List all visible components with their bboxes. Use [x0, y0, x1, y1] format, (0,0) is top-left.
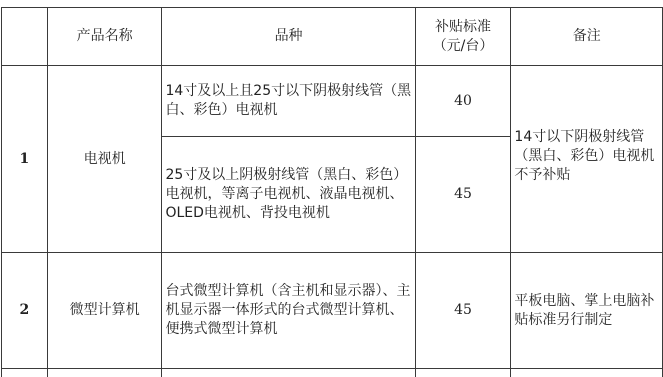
subsidy-cell: 40 [415, 66, 511, 137]
row-number: 2 [2, 253, 48, 369]
remarks-cell [511, 369, 663, 377]
subsidy-cell: 45 [415, 137, 511, 253]
header-subsidy: 补贴标准 （元/台） [415, 8, 511, 66]
table-row-partial [2, 369, 663, 377]
variety-cell: 14寸及以上且25寸以下阴极射线管（黑白、彩色）电视机 [162, 66, 415, 137]
variety-text: 台式微型计算机（含主机和显示器）、主机显示器一体形式的台式微型计算机、便携式微型… [165, 282, 414, 339]
subsidy-cell [415, 369, 511, 377]
header-no [2, 8, 48, 66]
product-name-cell [47, 369, 162, 377]
product-name-cell: 电视机 [47, 66, 162, 253]
header-product-name: 产品名称 [47, 8, 162, 66]
table-row: 1 电视机 14寸及以上且25寸以下阴极射线管（黑白、彩色）电视机 40 14寸… [2, 66, 663, 137]
variety-cell: 台式微型计算机（含主机和显示器）、主机显示器一体形式的台式微型计算机、便携式微型… [162, 253, 415, 369]
row-number: 1 [2, 66, 48, 253]
variety-text: 14寸及以上且25寸以下阴极射线管（黑白、彩色）电视机 [165, 82, 414, 120]
table-header-row: 产品名称 品种 补贴标准 （元/台） 备注 [2, 8, 663, 66]
header-subsidy-line2: （元/台） [416, 37, 511, 56]
remarks-cell: 平板电脑、掌上电脑补贴标准另行制定 [511, 253, 663, 369]
row-number [2, 369, 48, 377]
variety-cell: 25寸及以上阴极射线管（黑白、彩色）电视机，等离子电视机、液晶电视机、OLED电… [162, 137, 415, 253]
subsidy-cell: 45 [415, 253, 511, 369]
product-name-cell: 微型计算机 [47, 253, 162, 369]
subsidy-standards-table: 产品名称 品种 补贴标准 （元/台） 备注 1 电视机 14寸及以上且25寸以下… [1, 7, 663, 377]
remarks-text: 14寸以下阴极射线管（黑白、彩色）电视机不予补贴 [514, 128, 662, 185]
header-variety: 品种 [162, 8, 415, 66]
table-row: 2 微型计算机 台式微型计算机（含主机和显示器）、主机显示器一体形式的台式微型计… [2, 253, 663, 369]
header-subsidy-line1: 补贴标准 [416, 18, 511, 37]
variety-cell [162, 369, 415, 377]
variety-text: 25寸及以上阴极射线管（黑白、彩色）电视机，等离子电视机、液晶电视机、OLED电… [165, 166, 414, 223]
header-remarks: 备注 [511, 8, 663, 66]
remarks-cell: 14寸以下阴极射线管（黑白、彩色）电视机不予补贴 [511, 66, 663, 253]
remarks-text: 平板电脑、掌上电脑补贴标准另行制定 [514, 292, 662, 330]
